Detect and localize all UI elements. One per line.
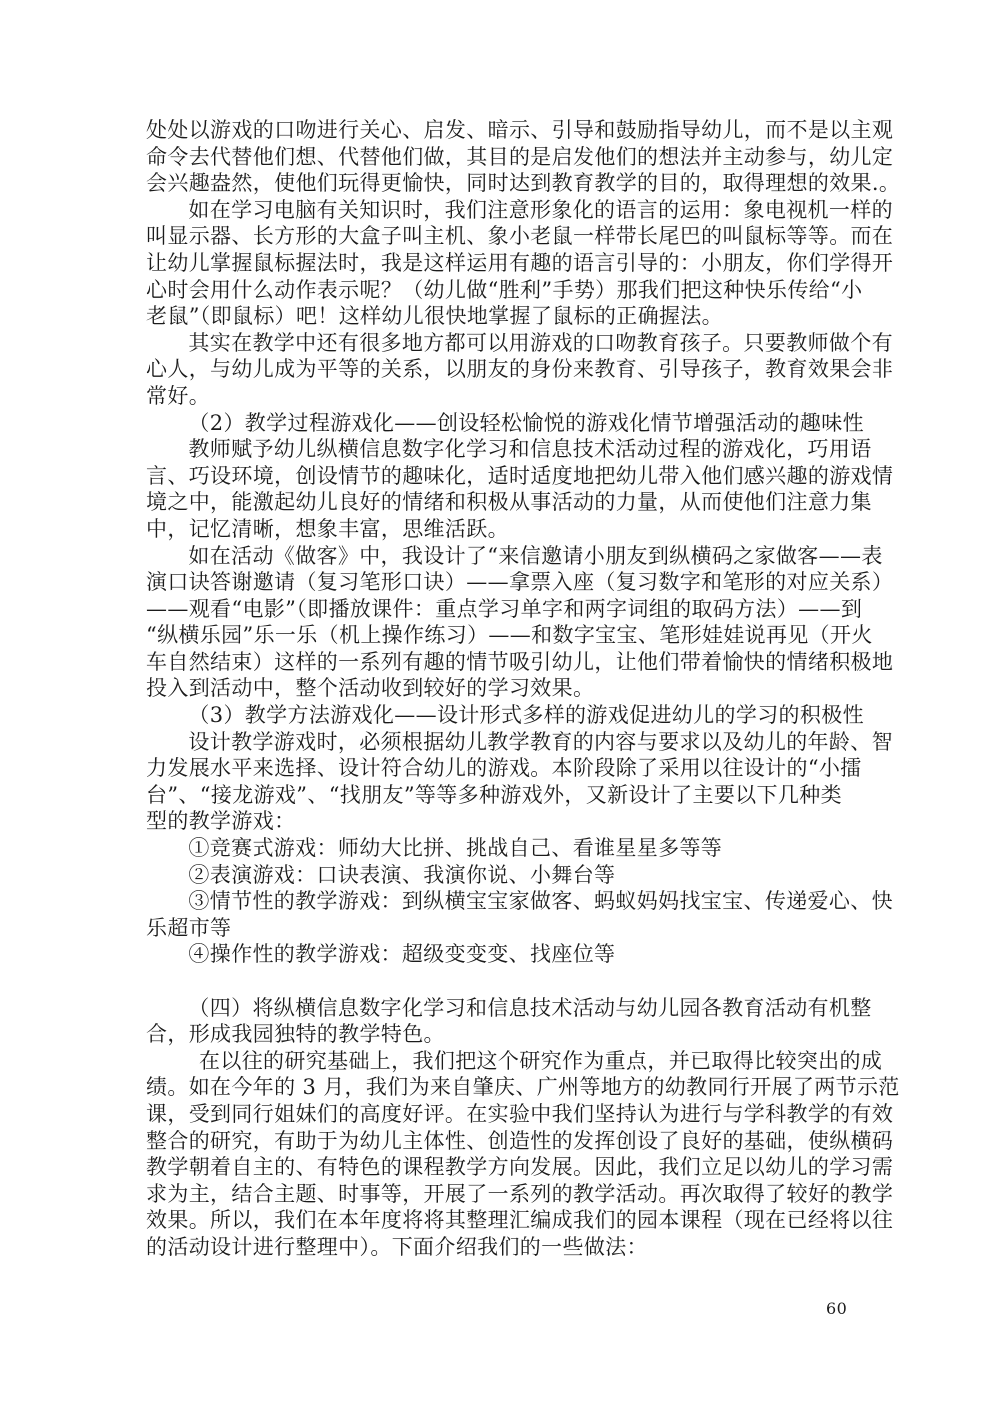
text-line: ④操作性的教学游戏：超级变变变、找座位等 — [146, 941, 858, 968]
text-line: 求为主，结合主题、时事等，开展了一系列的教学活动。再次取得了较好的教学 — [146, 1181, 858, 1208]
text-line: ②表演游戏：口诀表演、我演你说、小舞台等 — [146, 862, 858, 889]
document-body: 处处以游戏的口吻进行关心、启发、暗示、引导和鼓励指导幼儿，而不是以主观命令去代替… — [146, 117, 858, 1261]
text-line: ——观看“电影”（即播放课件：重点学习单字和两字词组的取码方法）——到 — [146, 596, 858, 623]
text-line: 心时会用什么动作表示呢？（幼儿做“胜利”手势）那我们把这种快乐传给“小 — [146, 277, 858, 304]
text-line: 叫显示器、长方形的大盒子叫主机、象小老鼠一样带长尾巴的叫鼠标等等。而在 — [146, 223, 858, 250]
text-line: 效果。所以，我们在本年度将将其整理汇编成我们的园本课程（现在已经将以往 — [146, 1207, 858, 1234]
text-line: 教师赋予幼儿纵横信息数字化学习和信息技术活动过程的游戏化，巧用语 — [146, 436, 858, 463]
text-line: 整合的研究，有助于为幼儿主体性、创造性的发挥创设了良好的基础，使纵横码 — [146, 1128, 858, 1155]
text-line: 在以往的研究基础上，我们把这个研究作为重点，并已取得比较突出的成 — [146, 1048, 858, 1075]
text-line: ③情节性的教学游戏：到纵横宝宝家做客、蚂蚁妈妈找宝宝、传递爱心、快 — [146, 888, 858, 915]
page-number: 60 — [826, 1299, 847, 1318]
text-line: 命令去代替他们想、代替他们做，其目的是启发他们的想法并主动参与，幼儿定 — [146, 144, 858, 171]
text-line: （3）教学方法游戏化——设计形式多样的游戏促进幼儿的学习的积极性 — [146, 702, 858, 729]
text-line: 言、巧设环境，创设情节的趣味化，适时适度地把幼儿带入他们感兴趣的游戏情 — [146, 463, 858, 490]
text-line: 投入到活动中，整个活动收到较好的学习效果。 — [146, 675, 858, 702]
text-line: 型的教学游戏： — [146, 808, 858, 835]
text-line: 课，受到同行姐妹们的高度好评。在实验中我们坚持认为进行与学科教学的有效 — [146, 1101, 858, 1128]
text-line: 中，记忆清晰，想象丰富，思维活跃。 — [146, 516, 858, 543]
text-line: 会兴趣盎然，使他们玩得更愉快，同时达到教育教学的目的，取得理想的效果.。 — [146, 170, 858, 197]
text-line: 设计教学游戏时，必须根据幼儿教学教育的内容与要求以及幼儿的年龄、智 — [146, 729, 858, 756]
text-line: 台”、“接龙游戏”、“找朋友”等等多种游戏外，又新设计了主要以下几种类 — [146, 782, 858, 809]
text-line: 力发展水平来选择、设计符合幼儿的游戏。本阶段除了采用以往设计的“小擂 — [146, 755, 858, 782]
text-line: （四）将纵横信息数字化学习和信息技术活动与幼儿园各教育活动有机整 — [146, 995, 858, 1022]
text-line: 心人，与幼儿成为平等的关系，以朋友的身份来教育、引导孩子，教育效果会非 — [146, 356, 858, 383]
text-line: 的活动设计进行整理中）。下面介绍我们的一些做法： — [146, 1234, 858, 1261]
text-line: 其实在教学中还有很多地方都可以用游戏的口吻教育孩子。只要教师做个有 — [146, 330, 858, 357]
text-line: ①竞赛式游戏：师幼大比拼、挑战自己、看谁星星多等等 — [146, 835, 858, 862]
text-line: 如在学习电脑有关知识时，我们注意形象化的语言的运用：象电视机一样的 — [146, 197, 858, 224]
text-line: 境之中，能激起幼儿良好的情绪和积极从事活动的力量，从而使他们注意力集 — [146, 489, 858, 516]
text-line: 乐超市等 — [146, 915, 858, 942]
text-line: 车自然结束）这样的一系列有趣的情节吸引幼儿，让他们带着愉快的情绪积极地 — [146, 649, 858, 676]
text-line: 演口诀答谢邀请（复习笔形口诀）——拿票入座（复习数字和笔形的对应关系） — [146, 569, 858, 596]
text-line: 绩。如在今年的 3 月，我们为来自肇庆、广州等地方的幼教同行开展了两节示范 — [146, 1074, 858, 1101]
text-line: 合，形成我园独特的教学特色。 — [146, 1021, 858, 1048]
text-line: 老鼠”（即鼠标）吧！这样幼儿很快地掌握了鼠标的正确握法。 — [146, 303, 858, 330]
text-line: 教学朝着自主的、有特色的课程教学方向发展。因此，我们立足以幼儿的学习需 — [146, 1154, 858, 1181]
text-line: “纵横乐园”乐一乐（机上操作练习）——和数字宝宝、笔形娃娃说再见（开火 — [146, 622, 858, 649]
text-line: 处处以游戏的口吻进行关心、启发、暗示、引导和鼓励指导幼儿，而不是以主观 — [146, 117, 858, 144]
text-line: 让幼儿掌握鼠标握法时，我是这样运用有趣的语言引导的：小朋友，你们学得开 — [146, 250, 858, 277]
text-line: 如在活动《做客》中，我设计了“来信邀请小朋友到纵横码之家做客——表 — [146, 543, 858, 570]
text-line — [146, 968, 858, 995]
text-line: （2）教学过程游戏化——创设轻松愉悦的游戏化情节增强活动的趣味性 — [146, 410, 858, 437]
document-page: 处处以游戏的口吻进行关心、启发、暗示、引导和鼓励指导幼儿，而不是以主观命令去代替… — [0, 0, 992, 1403]
text-line: 常好。 — [146, 383, 858, 410]
